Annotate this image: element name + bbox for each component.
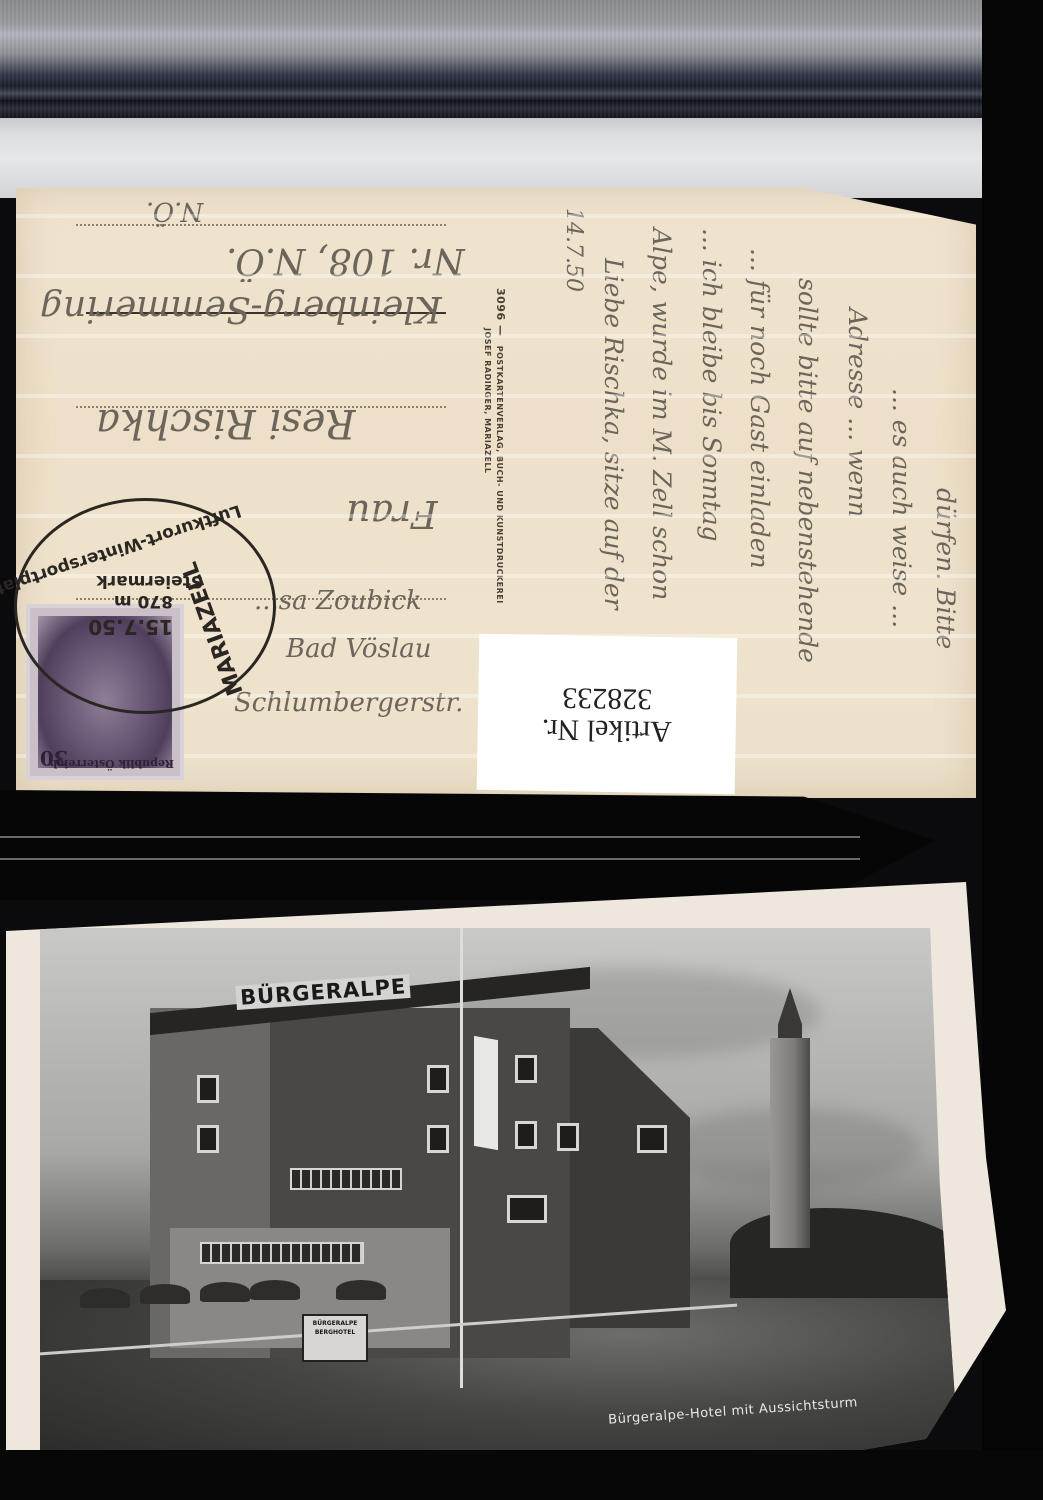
parasol: [250, 1280, 300, 1300]
sender-name: ...sa Zoubick: [254, 586, 422, 616]
publisher-line-1: POSTKARTENVERLAG, BUCH- UND KUNSTDRUCKER…: [495, 346, 504, 604]
window: [200, 1128, 216, 1150]
address-dotted-line: [76, 224, 446, 226]
message-line-5: sollte bitte auf nebenstehende: [793, 278, 822, 663]
stamp-value: 30: [40, 746, 68, 770]
window: [200, 1078, 216, 1100]
article-number-label: Artikel Nr. 328233: [477, 634, 738, 794]
parasol: [140, 1284, 190, 1304]
address-line-2: Resi Rischka: [96, 400, 356, 446]
flagpole: [460, 928, 463, 1388]
tree-line: [730, 1208, 970, 1298]
publisher-imprint: 3096 — POSTKARTENVERLAG, BUCH- UND KUNST…: [481, 288, 506, 688]
window: [640, 1128, 664, 1150]
display-sleeve: [0, 118, 982, 198]
address-region-abbrev: N.Ö.: [146, 196, 203, 226]
postmark-date: 15.7.50: [88, 615, 173, 639]
message-line-7: ... es auch weise ...: [887, 388, 916, 628]
scanner-background-top: [0, 0, 982, 120]
album-divider: [0, 790, 935, 900]
address-line-3: Kleinberg-Semmering: [40, 288, 442, 329]
window: [430, 1068, 446, 1090]
postmark-town: MARIAZELL: [177, 558, 248, 698]
window: [518, 1058, 534, 1080]
message-line-4: ... für noch Gast einladen: [745, 248, 774, 569]
sender-town: Bad Vöslau: [286, 634, 431, 664]
hotel-signboard: BÜRGERALPE BERGHOTEL: [302, 1314, 368, 1362]
hotel-photograph: BÜRGERALPE BÜRGERALPE BERGHOTEL Bürgeral…: [40, 928, 1018, 1460]
window: [518, 1124, 534, 1146]
article-number: 328233: [562, 681, 653, 715]
message-line-1: Liebe Rischka, sitze auf der: [599, 258, 628, 610]
address-line-1: Frau: [346, 492, 438, 536]
flag: [474, 1036, 498, 1150]
upper-balcony: [290, 1168, 402, 1190]
message-line-3: ... ich bleibe bis Sonntag: [697, 228, 726, 541]
window: [510, 1198, 544, 1220]
scanner-background-bottom: [0, 1450, 1043, 1500]
divider-line: [0, 858, 860, 860]
signboard-line-2: BERGHOTEL: [304, 1328, 366, 1337]
parasol: [336, 1280, 386, 1300]
window: [430, 1128, 446, 1150]
article-label-title: Artikel Nr.: [541, 713, 672, 747]
terrace-balcony: [200, 1242, 364, 1264]
message-line-8: dürfen. Bitte: [931, 488, 960, 649]
divider-line: [0, 836, 860, 838]
postcard-front: BÜRGERALPE BÜRGERALPE BERGHOTEL Bürgeral…: [6, 882, 1006, 1494]
publisher-line-2: JOSEF RADINGER, MARIAZELL: [483, 328, 492, 474]
observation-tower: [770, 1038, 810, 1248]
address-line-4: Nr. 108, N.Ö.: [226, 240, 465, 281]
parasol: [200, 1282, 250, 1302]
message-date: 14.7.50: [561, 208, 586, 292]
postmark-altitude: 870 m: [114, 591, 173, 611]
message-line-6: Adresse ... wenn: [843, 308, 872, 517]
card-number: 3096 —: [494, 288, 507, 336]
sender-street: Schlumbergerstr.: [234, 688, 463, 718]
window: [560, 1126, 576, 1148]
stamp-country: Republik Österreich: [49, 757, 174, 770]
signboard-line-1: BÜRGERALPE: [304, 1319, 366, 1328]
parasol: [80, 1288, 130, 1308]
message-line-2: Alpe, wurde im M. Zell schon: [647, 228, 676, 600]
postmark-cancellation: Luftkurort-Wintersportplatz Steiermark 8…: [14, 498, 276, 714]
